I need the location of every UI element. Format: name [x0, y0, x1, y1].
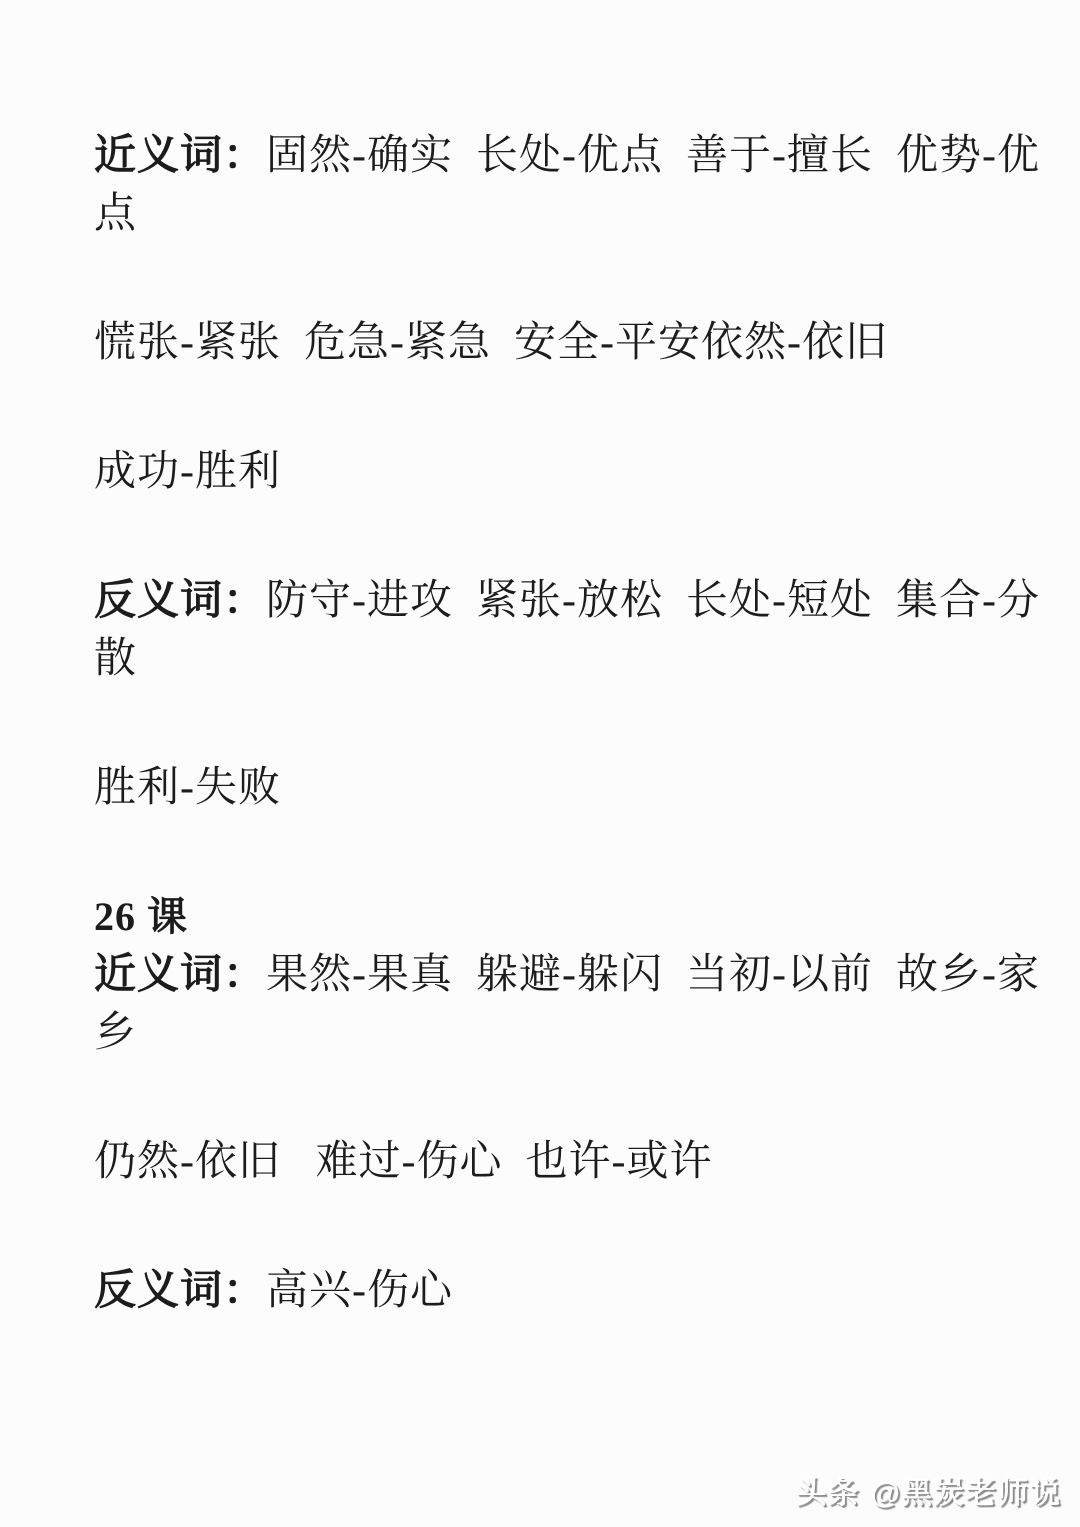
- antonyms-label: 反义词：: [94, 578, 266, 624]
- vocabulary-notes-page: 近义词：固然-确实 长处-优点 善于-擅长 优势-优 点 慌张-紧张 危急-紧急…: [0, 0, 1080, 1320]
- lesson25-synonyms-continued-paragraph-2: 成功-胜利: [94, 443, 980, 501]
- synonyms-label: 近义词：: [94, 952, 266, 998]
- lesson25-synonyms-continued-paragraph: 慌张-紧张 危急-紧急 安全-平安依然-依旧: [94, 314, 980, 372]
- lesson26-synonyms-continued-paragraph: 仍然-依旧 难过-伤心 也许-或许: [94, 1133, 980, 1191]
- synonyms-pairs: 成功-胜利: [94, 443, 980, 501]
- synonyms-pairs: 固然-确实 长处-优点 善于-擅长 优势-优: [266, 133, 1040, 179]
- synonyms-label: 近义词：: [94, 133, 266, 179]
- lesson25-synonyms-line-1: 近义词：固然-确实 长处-优点 善于-擅长 优势-优: [94, 127, 980, 185]
- antonyms-pairs: 高兴-伤心: [266, 1268, 453, 1314]
- antonyms-pairs: 防守-进攻 紧张-放松 长处-短处 集合-分: [266, 578, 1040, 624]
- antonyms-pairs: 胜利-失败: [94, 759, 980, 817]
- lesson25-antonyms-paragraph: 反义词：防守-进攻 紧张-放松 长处-短处 集合-分 散: [94, 572, 980, 688]
- lesson25-synonyms-line-2: 点: [94, 185, 980, 243]
- lesson25-antonyms-line-1: 反义词：防守-进攻 紧张-放松 长处-短处 集合-分: [94, 572, 980, 630]
- lesson25-synonyms-paragraph: 近义词：固然-确实 长处-优点 善于-擅长 优势-优 点: [94, 127, 980, 243]
- lesson25-antonyms-continued-paragraph: 胜利-失败: [94, 759, 980, 817]
- lesson26-synonyms-line-1: 近义词：果然-果真 躲避-躲闪 当初-以前 故乡-家: [94, 946, 980, 1004]
- lesson26-antonyms-paragraph: 反义词：高兴-伤心: [94, 1262, 980, 1320]
- synonyms-pairs: 果然-果真 躲避-躲闪 当初-以前 故乡-家: [266, 952, 1040, 998]
- lesson26-antonyms-line-1: 反义词：高兴-伤心: [94, 1262, 980, 1320]
- synonyms-pairs: 慌张-紧张 危急-紧急 安全-平安依然-依旧: [94, 314, 980, 372]
- lesson25-antonyms-line-2: 散: [94, 630, 980, 688]
- synonyms-pairs: 仍然-依旧 难过-伤心 也许-或许: [94, 1133, 980, 1191]
- lesson26-heading-paragraph: 26 课: [94, 888, 980, 946]
- toutiao-watermark: 头条 @黑炭老师说: [796, 1468, 1062, 1512]
- lesson26-synonyms-paragraph: 近义词：果然-果真 躲避-躲闪 当初-以前 故乡-家 乡: [94, 946, 980, 1062]
- lesson26-heading: 26 课: [94, 894, 188, 939]
- antonyms-label: 反义词：: [94, 1268, 266, 1314]
- lesson26-synonyms-line-2: 乡: [94, 1004, 980, 1062]
